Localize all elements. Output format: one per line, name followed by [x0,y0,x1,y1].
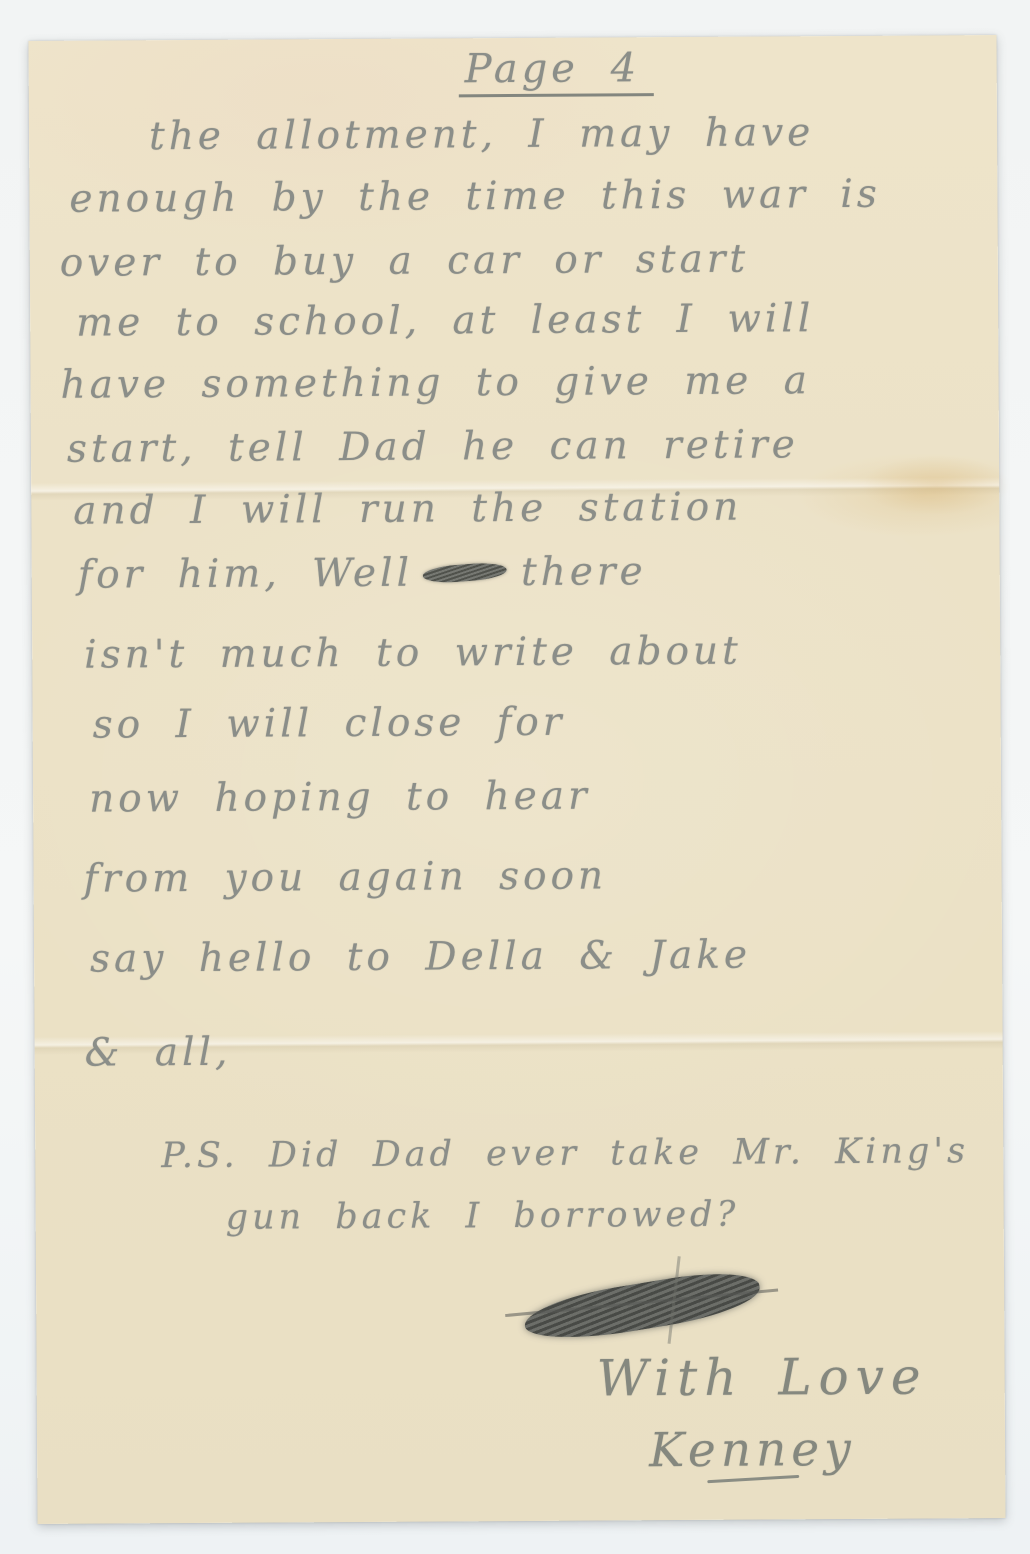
valediction: With Love [596,1348,927,1408]
postscript-line: gun back I borrowed? [226,1195,740,1238]
letter-line-with-strikeout: for him, Wellthere [78,549,647,597]
letter-line: start, tell Dad he can retire [67,422,799,471]
scratched-out-word [422,561,507,584]
letter-line: the allotment, I may have [149,110,814,159]
letter-line: over to buy a car or start [60,237,750,286]
letter-line: now hoping to hear [89,774,591,822]
scanned-letter-background: Page 4 the allotment, I may have enough … [0,0,1030,1554]
letter-page: Page 4 the allotment, I may have enough … [28,35,1005,1524]
letter-line: and I will run the station [73,485,742,534]
letter-line: enough by the time this war is [69,172,881,222]
letter-line: say hello to Della & Jake [90,933,751,982]
letter-line: from you again soon [83,853,607,901]
letter-line: have something to give me a [60,358,811,408]
letter-line: so I will close for [93,700,566,748]
paper-stain [861,455,1011,516]
signature: Kenney [649,1422,856,1481]
letter-line: & all, [85,1030,232,1076]
page-number-heading: Page 4 [459,45,655,97]
letter-line: isn't much to write about [84,629,742,678]
strike-line-post: there [521,549,647,595]
scribbled-out-text [521,1264,763,1348]
letter-line: me to school, at least I will [76,296,814,346]
strike-line-pre: for him, Well [78,551,414,598]
postscript-line: P.S. Did Dad ever take Mr. King's [161,1131,969,1176]
